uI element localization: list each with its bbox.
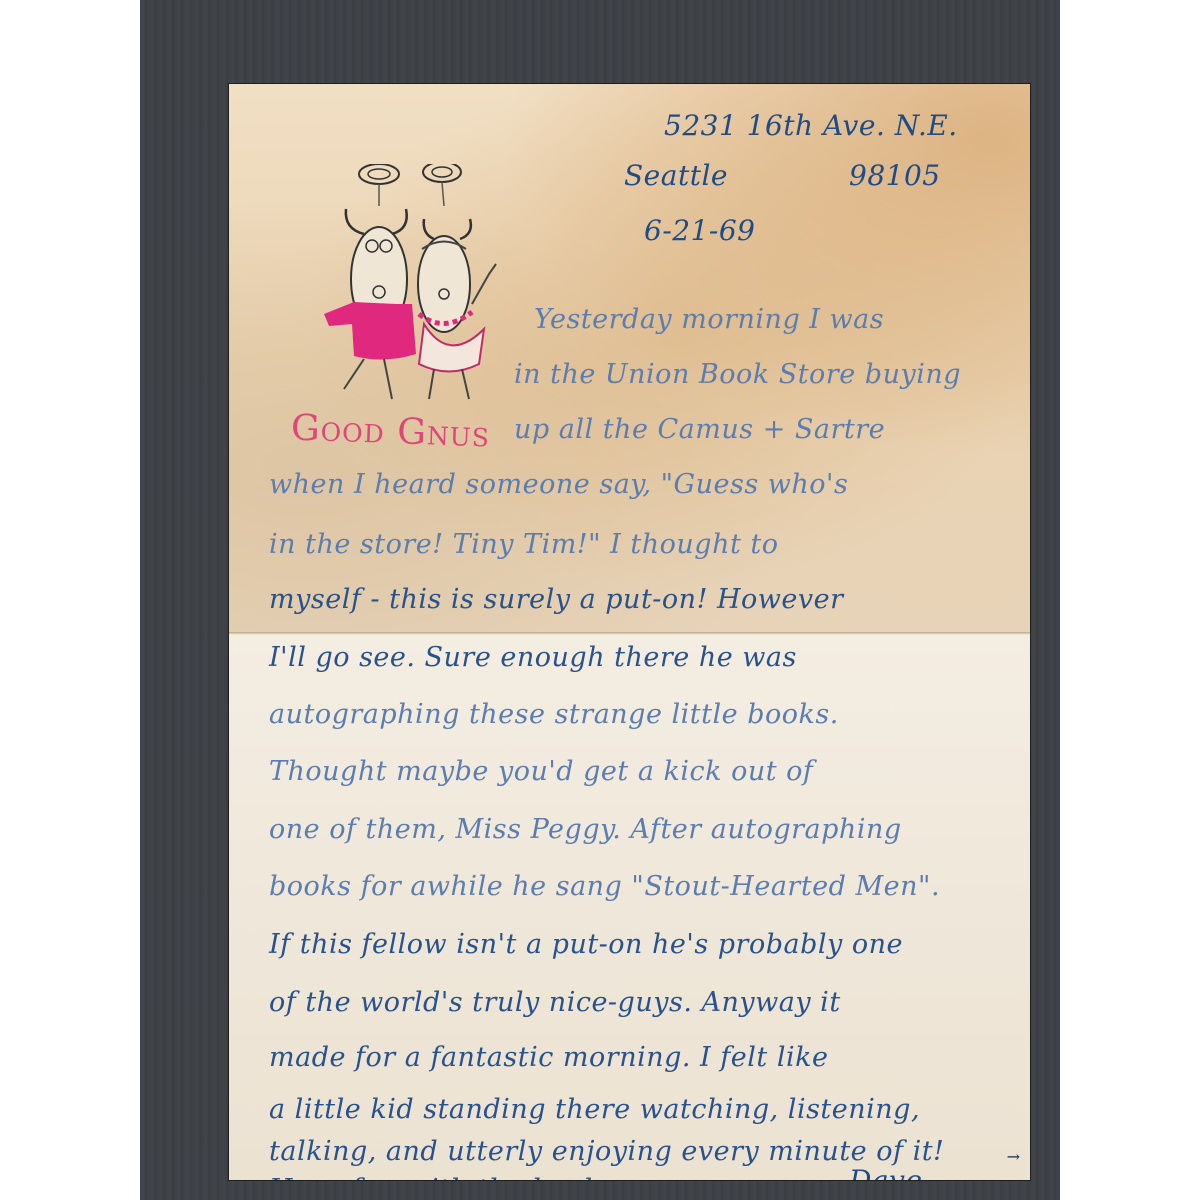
body-line: in the Union Book Store buying <box>514 359 961 390</box>
letter-date: 6-21-69 <box>644 214 756 247</box>
body-line: a little kid standing there watching, li… <box>269 1094 920 1125</box>
body-line: when I heard someone say, "Guess who's <box>269 469 848 500</box>
body-line: Thought maybe you'd get a kick out of <box>269 756 813 787</box>
letterhead-brand: Good Gnus <box>290 408 490 456</box>
body-line: autographing these strange little books. <box>269 699 839 730</box>
body-line: made for a fantastic morning. I felt lik… <box>269 1042 828 1073</box>
continue-arrow-icon: → <box>1007 1147 1020 1166</box>
body-line: I'll go see. Sure enough there he was <box>269 642 797 673</box>
address-zip: 98105 <box>849 159 941 192</box>
body-line: up all the Camus + Sartre <box>514 414 885 445</box>
body-line: Have fun with the book. <box>269 1174 609 1180</box>
gnus-cartoon-icon <box>284 164 514 404</box>
body-line: myself - this is surely a put-on! Howeve… <box>269 584 844 615</box>
body-line: Yesterday morning I was <box>534 304 884 335</box>
body-line: If this fellow isn't a put-on he's proba… <box>269 929 903 960</box>
address-city: Seattle <box>624 159 728 192</box>
body-line: in the store! Tiny Tim!" I thought to <box>269 529 779 560</box>
body-line: books for awhile he sang "Stout-Hearted … <box>269 871 940 902</box>
body-line: talking, and utterly enjoying every minu… <box>269 1136 944 1167</box>
body-line: of the world's truly nice-guys. Anyway i… <box>269 987 841 1018</box>
address-line: 5231 16th Ave. N.E. <box>664 109 958 142</box>
letter-sheet: Good Gnus 5231 16th Ave. N.E. Seattle 98… <box>229 84 1030 1180</box>
body-line: one of them, Miss Peggy. After autograph… <box>269 814 902 845</box>
signature: Dave <box>849 1164 923 1180</box>
